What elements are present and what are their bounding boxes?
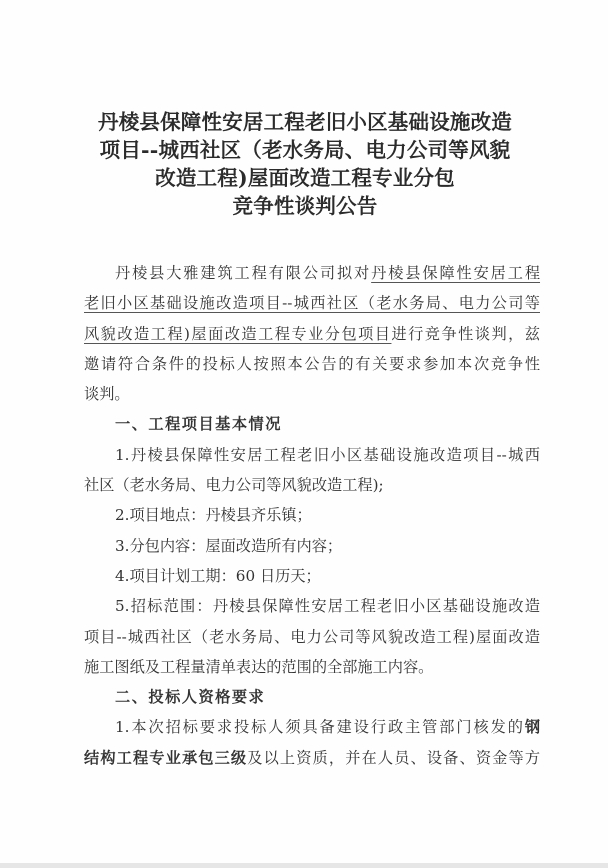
- intro-project-name: 老旧小区基础设施改造项目--城西社区（老水务局、电力公司等: [84, 294, 540, 312]
- requirement-text: 1.本次招标要求投标人须具备建设行政主管部门核发的: [115, 718, 525, 736]
- section1-item5-line1: 5.招标范围：丹棱县保障性安居工程老旧小区基础设施改造: [84, 591, 540, 621]
- requirement-qualification: 结构工程专业承包三级: [84, 749, 247, 767]
- title-line-4: 竞争性谈判公告: [60, 192, 550, 220]
- document-page: 丹棱县保障性安居工程老旧小区基础设施改造 项目--城西社区（老水务局、电力公司等…: [0, 0, 608, 863]
- intro-line-1: 丹棱县大雅建筑工程有限公司拟对丹棱县保障性安居工程: [84, 258, 540, 288]
- title-line-1: 丹棱县保障性安居工程老旧小区基础设施改造: [60, 108, 550, 136]
- section1-item3: 3.分包内容：屋面改造所有内容；: [84, 531, 540, 561]
- intro-line-2: 老旧小区基础设施改造项目--城西社区（老水务局、电力公司等: [84, 288, 540, 318]
- requirement-text: 及以上资质，并在人员、设备、资金等方: [247, 749, 540, 767]
- intro-project-name: 丹棱县保障性安居工程: [371, 264, 540, 282]
- intro-project-name: 风貌改造工程)屋面改造工程专业分包项目: [84, 325, 391, 343]
- document-body: 丹棱县大雅建筑工程有限公司拟对丹棱县保障性安居工程 老旧小区基础设施改造项目--…: [84, 258, 540, 773]
- section-heading-1: 一、工程项目基本情况: [84, 409, 540, 439]
- intro-line-5: 谈判。: [84, 379, 540, 409]
- title-line-3: 改造工程)屋面改造工程专业分包: [60, 164, 550, 192]
- section1-item4: 4.项目计划工期：60 日历天；: [84, 561, 540, 591]
- page-bottom-edge: [0, 863, 608, 868]
- intro-line-3: 风貌改造工程)屋面改造工程专业分包项目进行竞争性谈判，兹: [84, 319, 540, 349]
- intro-text: 进行竞争性谈判，兹: [391, 325, 540, 343]
- section1-item5-line3: 施工图纸及工程量清单表达的范围的全部施工内容。: [84, 652, 540, 682]
- intro-company: 丹棱县大雅建筑工程有限公司拟对: [115, 264, 371, 282]
- intro-line-4: 邀请符合条件的投标人按照本公告的有关要求参加本次竞争性: [84, 349, 540, 379]
- section2-item1-line2: 结构工程专业承包三级及以上资质，并在人员、设备、资金等方: [84, 743, 540, 773]
- requirement-qualification: 钢: [525, 718, 540, 736]
- section1-item5-line2: 项目--城西社区（老水务局、电力公司等风貌改造工程)屋面改造: [84, 622, 540, 652]
- section2-item1-line1: 1.本次招标要求投标人须具备建设行政主管部门核发的钢: [84, 712, 540, 742]
- section1-item1-line1: 1.丹棱县保障性安居工程老旧小区基础设施改造项目--城西: [84, 440, 540, 470]
- document-title: 丹棱县保障性安居工程老旧小区基础设施改造 项目--城西社区（老水务局、电力公司等…: [60, 108, 550, 220]
- section1-item2: 2.项目地点：丹棱县齐乐镇；: [84, 500, 540, 530]
- section-heading-2: 二、投标人资格要求: [84, 682, 540, 712]
- title-line-2: 项目--城西社区（老水务局、电力公司等风貌: [60, 136, 550, 164]
- section1-item1-line2: 社区（老水务局、电力公司等风貌改造工程);: [84, 470, 540, 500]
